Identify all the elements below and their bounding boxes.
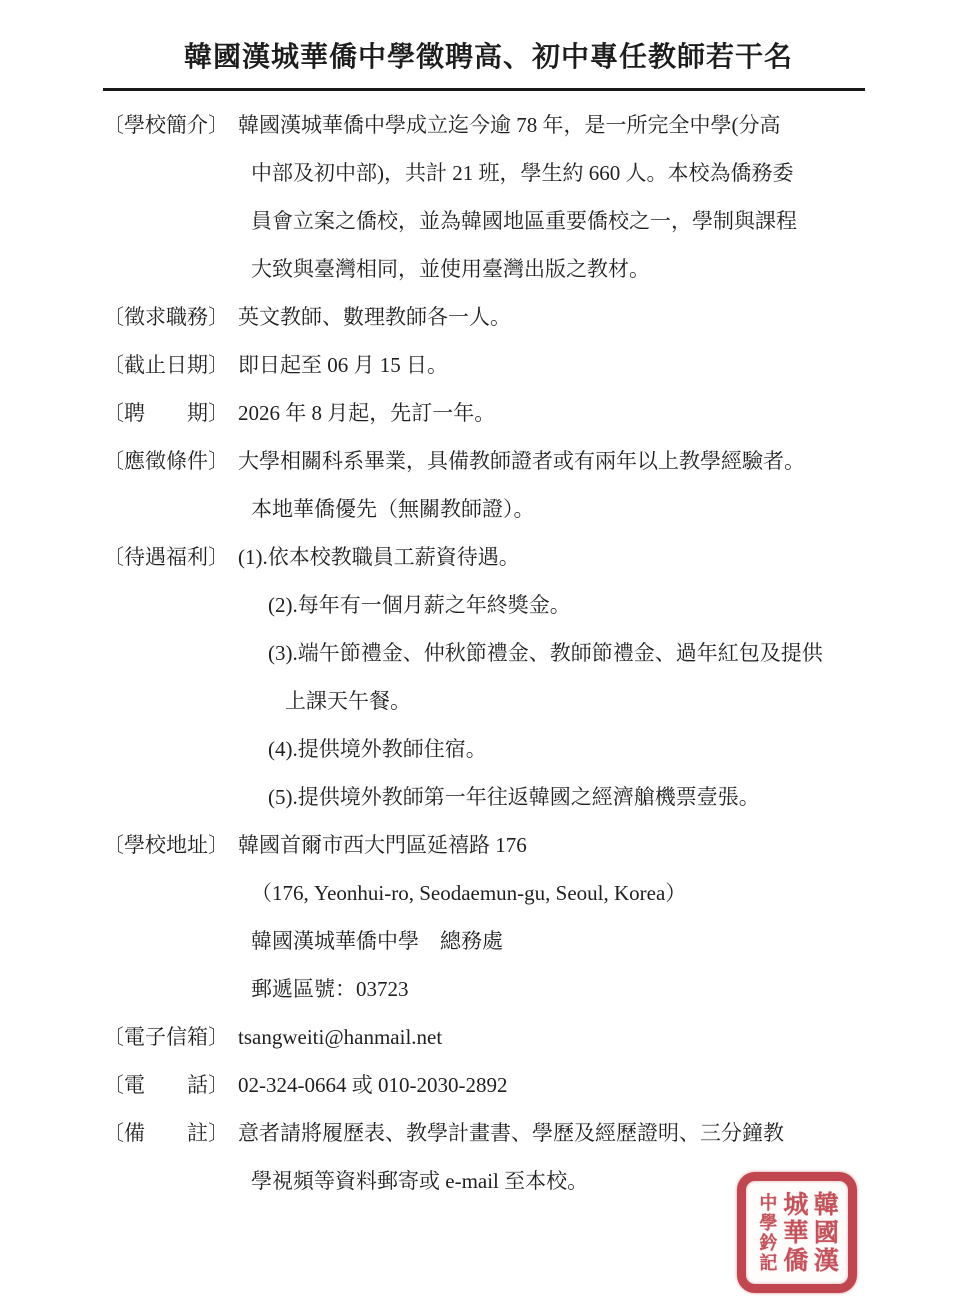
line-text: 韓國漢城華僑中學成立迄今逾 78 年，是一所完全中學(分高	[238, 113, 781, 137]
section-label: 〔電 話〕	[103, 1061, 238, 1109]
line-text: (2).每年有一個月薪之年終獎金。	[268, 593, 571, 617]
section-label: 〔電子信箱〕	[103, 1013, 238, 1061]
doc-line-benefit-2: (2).每年有一個月薪之年終獎金。	[103, 581, 893, 629]
line-text: (5).提供境外教師第一年往返韓國之經濟艙機票壹張。	[268, 785, 760, 809]
line-text: 韓國首爾市西大門區延禧路 176	[238, 833, 527, 857]
document-body: 〔學校簡介〕 韓國漢城華僑中學成立迄今逾 78 年，是一所完全中學(分高 中部及…	[103, 101, 893, 1205]
school-seal-stamp: 中學鈐記 城華僑 韓國漢	[737, 1172, 857, 1293]
doc-line-email: 〔電子信箱〕 tsangweiti@hanmail.net	[103, 1013, 893, 1061]
document-page: 韓國漢城華僑中學徵聘高、初中專任教師若干名 〔學校簡介〕 韓國漢城華僑中學成立迄…	[0, 0, 977, 1303]
line-text: 上課天午餐。	[285, 689, 411, 713]
doc-line: 本地華僑優先（無關教師證）。	[103, 485, 893, 533]
section-label: 〔備 註〕	[103, 1109, 238, 1157]
document-title: 韓國漢城華僑中學徵聘高、初中專任教師若干名	[0, 0, 977, 78]
line-text: 員會立案之僑校，並為韓國地區重要僑校之一，學制與課程	[251, 209, 797, 233]
doc-line-phone: 〔電 話〕 02-324-0664 或 010-2030-2892	[103, 1061, 893, 1109]
line-text: 郵遞區號：03723	[251, 977, 409, 1001]
doc-line: 上課天午餐。	[103, 677, 893, 725]
doc-line-positions: 〔徵求職務〕 英文教師、數理教師各一人。	[103, 293, 893, 341]
line-text: 2026 年 8 月起，先訂一年。	[238, 401, 495, 425]
line-text: 韓國漢城華僑中學 總務處	[251, 929, 503, 953]
line-text: (3).端午節禮金、仲秋節禮金、教師節禮金、過年紅包及提供	[268, 641, 823, 665]
line-text: 中部及初中部)，共計 21 班，學生約 660 人。本校為僑務委	[251, 161, 794, 185]
title-divider	[103, 88, 865, 91]
section-label: 〔應徵條件〕	[103, 437, 238, 485]
phone-number-text: 02-324-0664 或 010-2030-2892	[238, 1073, 507, 1097]
doc-line-requirements: 〔應徵條件〕 大學相關科系畢業，具備教師證者或有兩年以上教學經驗者。	[103, 437, 893, 485]
doc-line-remarks: 〔備 註〕 意者請將履歷表、教學計畫書、學歷及經歷證明、三分鐘教	[103, 1109, 893, 1157]
section-label: 〔聘 期〕	[103, 389, 238, 437]
line-text: 本地華僑優先（無關教師證）。	[251, 497, 535, 521]
seal-text-column: 中學鈐記	[757, 1193, 777, 1273]
line-text: 意者請將履歷表、教學計畫書、學歷及經歷證明、三分鐘教	[238, 1121, 784, 1145]
seal-text-column: 韓國漢	[810, 1191, 838, 1275]
doc-line-benefits: 〔待遇福利〕 (1).依本校教職員工薪資待遇。	[103, 533, 893, 581]
line-text: 英文教師、數理教師各一人。	[238, 305, 511, 329]
doc-line-address: 〔學校地址〕 韓國首爾市西大門區延禧路 176	[103, 821, 893, 869]
doc-line-deadline: 〔截止日期〕 即日起至 06 月 15 日。	[103, 341, 893, 389]
doc-line-benefit-4: (4).提供境外教師住宿。	[103, 725, 893, 773]
doc-line-benefit-3: (3).端午節禮金、仲秋節禮金、教師節禮金、過年紅包及提供	[103, 629, 893, 677]
line-text: 學視頻等資料郵寄或 e-mail 至本校。	[251, 1169, 588, 1193]
doc-line-benefit-5: (5).提供境外教師第一年往返韓國之經濟艙機票壹張。	[103, 773, 893, 821]
section-label: 〔待遇福利〕	[103, 533, 238, 581]
line-text: (1).依本校教職員工薪資待遇。	[238, 545, 520, 569]
seal-text-column: 城華僑	[779, 1191, 807, 1275]
line-text: 大致與臺灣相同，並使用臺灣出版之教材。	[251, 257, 650, 281]
doc-line: 中部及初中部)，共計 21 班，學生約 660 人。本校為僑務委	[103, 149, 893, 197]
section-label: 〔截止日期〕	[103, 341, 238, 389]
doc-line: 大致與臺灣相同，並使用臺灣出版之教材。	[103, 245, 893, 293]
line-text: （176, Yeonhui-ro, Seodaemun-gu, Seoul, K…	[251, 881, 686, 905]
doc-line-term: 〔聘 期〕 2026 年 8 月起，先訂一年。	[103, 389, 893, 437]
line-text: 即日起至 06 月 15 日。	[238, 353, 448, 377]
section-label: 〔徵求職務〕	[103, 293, 238, 341]
doc-line-postal-code: 郵遞區號：03723	[103, 965, 893, 1013]
doc-line-address-english: （176, Yeonhui-ro, Seodaemun-gu, Seoul, K…	[103, 869, 893, 917]
email-address-text: tsangweiti@hanmail.net	[238, 1025, 442, 1049]
doc-line-office: 韓國漢城華僑中學 總務處	[103, 917, 893, 965]
line-text: 大學相關科系畢業，具備教師證者或有兩年以上教學經驗者。	[238, 449, 805, 473]
section-label: 〔學校地址〕	[103, 821, 238, 869]
section-label: 〔學校簡介〕	[103, 101, 238, 149]
doc-line: 員會立案之僑校，並為韓國地區重要僑校之一，學制與課程	[103, 197, 893, 245]
seal-text: 中學鈐記 城華僑 韓國漢	[757, 1191, 838, 1275]
doc-line-school-intro: 〔學校簡介〕 韓國漢城華僑中學成立迄今逾 78 年，是一所完全中學(分高	[103, 101, 893, 149]
line-text: (4).提供境外教師住宿。	[268, 737, 487, 761]
